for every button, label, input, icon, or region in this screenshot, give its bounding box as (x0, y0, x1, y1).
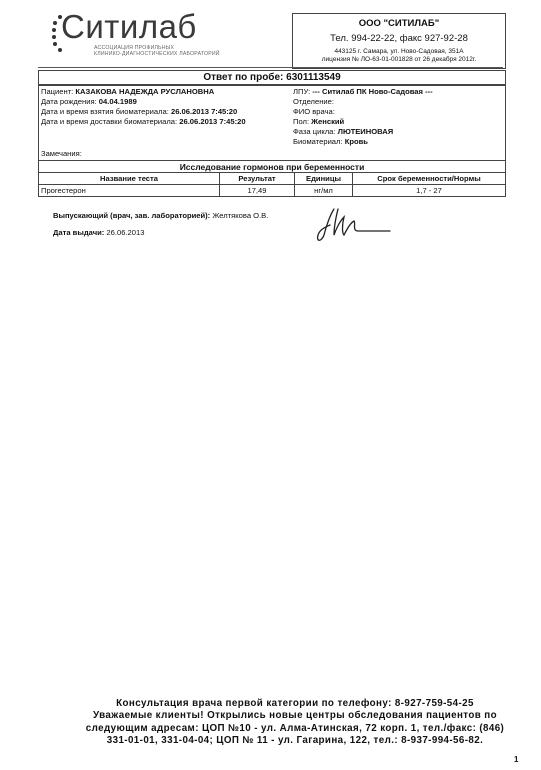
company-info-box: ООО "СИТИЛАБ" Тел. 994-22-22, факс 927-9… (292, 13, 506, 69)
patient-info-box: Пациент: КАЗАКОВА НАДЕЖДА РУСЛАНОВНА Дат… (38, 85, 506, 161)
biomaterial-value: Кровь (345, 137, 368, 146)
company-address: 443125 г. Самара, ул. Ново-Садовая, 351А (293, 48, 505, 55)
cell-test-name: Прогестерон (39, 185, 220, 197)
sex-value: Женский (311, 117, 344, 126)
issuer-name: Желтякова О.В. (212, 211, 268, 220)
footer-line-4: 331-01-01, 331-04-04; ЦОП № 11 - ул. Гаг… (50, 735, 540, 747)
footer-notice: Консультация врача первой категории по т… (50, 698, 540, 748)
company-name: ООО "СИТИЛАБ" (293, 18, 505, 29)
signature-icon (312, 205, 392, 245)
logo-wordmark: Ситилаб (61, 8, 197, 46)
delivered-row: Дата и время доставки биоматериала: 26.0… (41, 117, 246, 126)
header-divider (38, 67, 503, 68)
biomaterial-label: Биоматериал: (293, 137, 345, 146)
phase-value: ЛЮТЕИНОВАЯ (338, 127, 394, 136)
doctor-label: ФИО врача: (293, 107, 335, 116)
company-license: лицензия № ЛО-63-01-001828 от 26 декабря… (293, 56, 505, 63)
logo-subtitle-line2: КЛИНИКО-ДИАГНОСТИЧЕСКИХ ЛАБОРАТОРИЙ (94, 51, 220, 57)
issuer-label: Выпускающий (врач, зав. лабораторией): (53, 211, 212, 220)
header-units: Единицы (295, 173, 353, 185)
biomaterial-row: Биоматериал: Кровь (293, 137, 368, 146)
dob-value: 04.04.1989 (99, 97, 137, 106)
issue-date-label: Дата выдачи: (53, 228, 106, 237)
citilab-logo: Ситилаб АССОЦИАЦИЯ ПРОФИЛЬНЫХ КЛИНИКО-ДИ… (52, 12, 282, 58)
taken-row: Дата и время взятия биоматериала: 26.06.… (41, 107, 237, 116)
cell-result: 17,49 (220, 185, 295, 197)
table-row: Прогестерон 17,49 нг/мл 1,7 - 27 (39, 185, 506, 197)
lpu-value: --- Ситилаб ПК Ново-Садовая --- (312, 87, 432, 96)
patient-label: Пациент: (41, 87, 75, 96)
sample-answer-header: Ответ по пробе: 6301113549 (38, 70, 506, 85)
phase-label: Фаза цикла: (293, 127, 338, 136)
delivered-label: Дата и время доставки биоматериала: (41, 117, 179, 126)
header-norms: Срок беременности/Нормы (353, 173, 506, 185)
issue-date-row: Дата выдачи: 26.06.2013 (53, 228, 144, 237)
results-table: Исследование гормонов при беременности Н… (38, 160, 506, 197)
taken-label: Дата и время взятия биоматериала: (41, 107, 171, 116)
patient-name-row: Пациент: КАЗАКОВА НАДЕЖДА РУСЛАНОВНА (41, 87, 214, 96)
results-table-title-row: Исследование гормонов при беременности (39, 161, 506, 173)
dob-label: Дата рождения: (41, 97, 99, 106)
dob-row: Дата рождения: 04.04.1989 (41, 97, 137, 106)
footer-line-2: Уважаемые клиенты! Открылись новые центр… (50, 710, 540, 722)
cell-units: нг/мл (295, 185, 353, 197)
cell-norms: 1,7 - 27 (353, 185, 506, 197)
sex-row: Пол: Женский (293, 117, 344, 126)
sex-label: Пол: (293, 117, 311, 126)
delivered-value: 26.06.2013 7:45:20 (179, 117, 245, 126)
issuer-row: Выпускающий (врач, зав. лабораторией): Ж… (53, 211, 268, 220)
header-test-name: Название теста (39, 173, 220, 185)
results-table-header-row: Название теста Результат Единицы Срок бе… (39, 173, 506, 185)
page-number: 1 (514, 755, 518, 764)
results-table-title: Исследование гормонов при беременности (39, 161, 506, 173)
lpu-label: ЛПУ: (293, 87, 312, 96)
footer-line-1: Консультация врача первой категории по т… (50, 698, 540, 710)
taken-value: 26.06.2013 7:45:20 (171, 107, 237, 116)
company-phones: Тел. 994-22-22, факс 927-92-28 (293, 33, 505, 44)
phase-row: Фаза цикла: ЛЮТЕИНОВАЯ (293, 127, 393, 136)
department-label: Отделение: (293, 97, 334, 106)
issue-date-value: 26.06.2013 (106, 228, 144, 237)
remarks-label: Замечания: (41, 149, 82, 158)
footer-line-3: следующим адресам: ЦОП №10 - ул. Алма-Ат… (50, 723, 540, 735)
lpu-row: ЛПУ: --- Ситилаб ПК Ново-Садовая --- (293, 87, 433, 96)
header-result: Результат (220, 173, 295, 185)
logo-subtitle: АССОЦИАЦИЯ ПРОФИЛЬНЫХ КЛИНИКО-ДИАГНОСТИЧ… (94, 45, 220, 57)
patient-name: КАЗАКОВА НАДЕЖДА РУСЛАНОВНА (75, 87, 214, 96)
